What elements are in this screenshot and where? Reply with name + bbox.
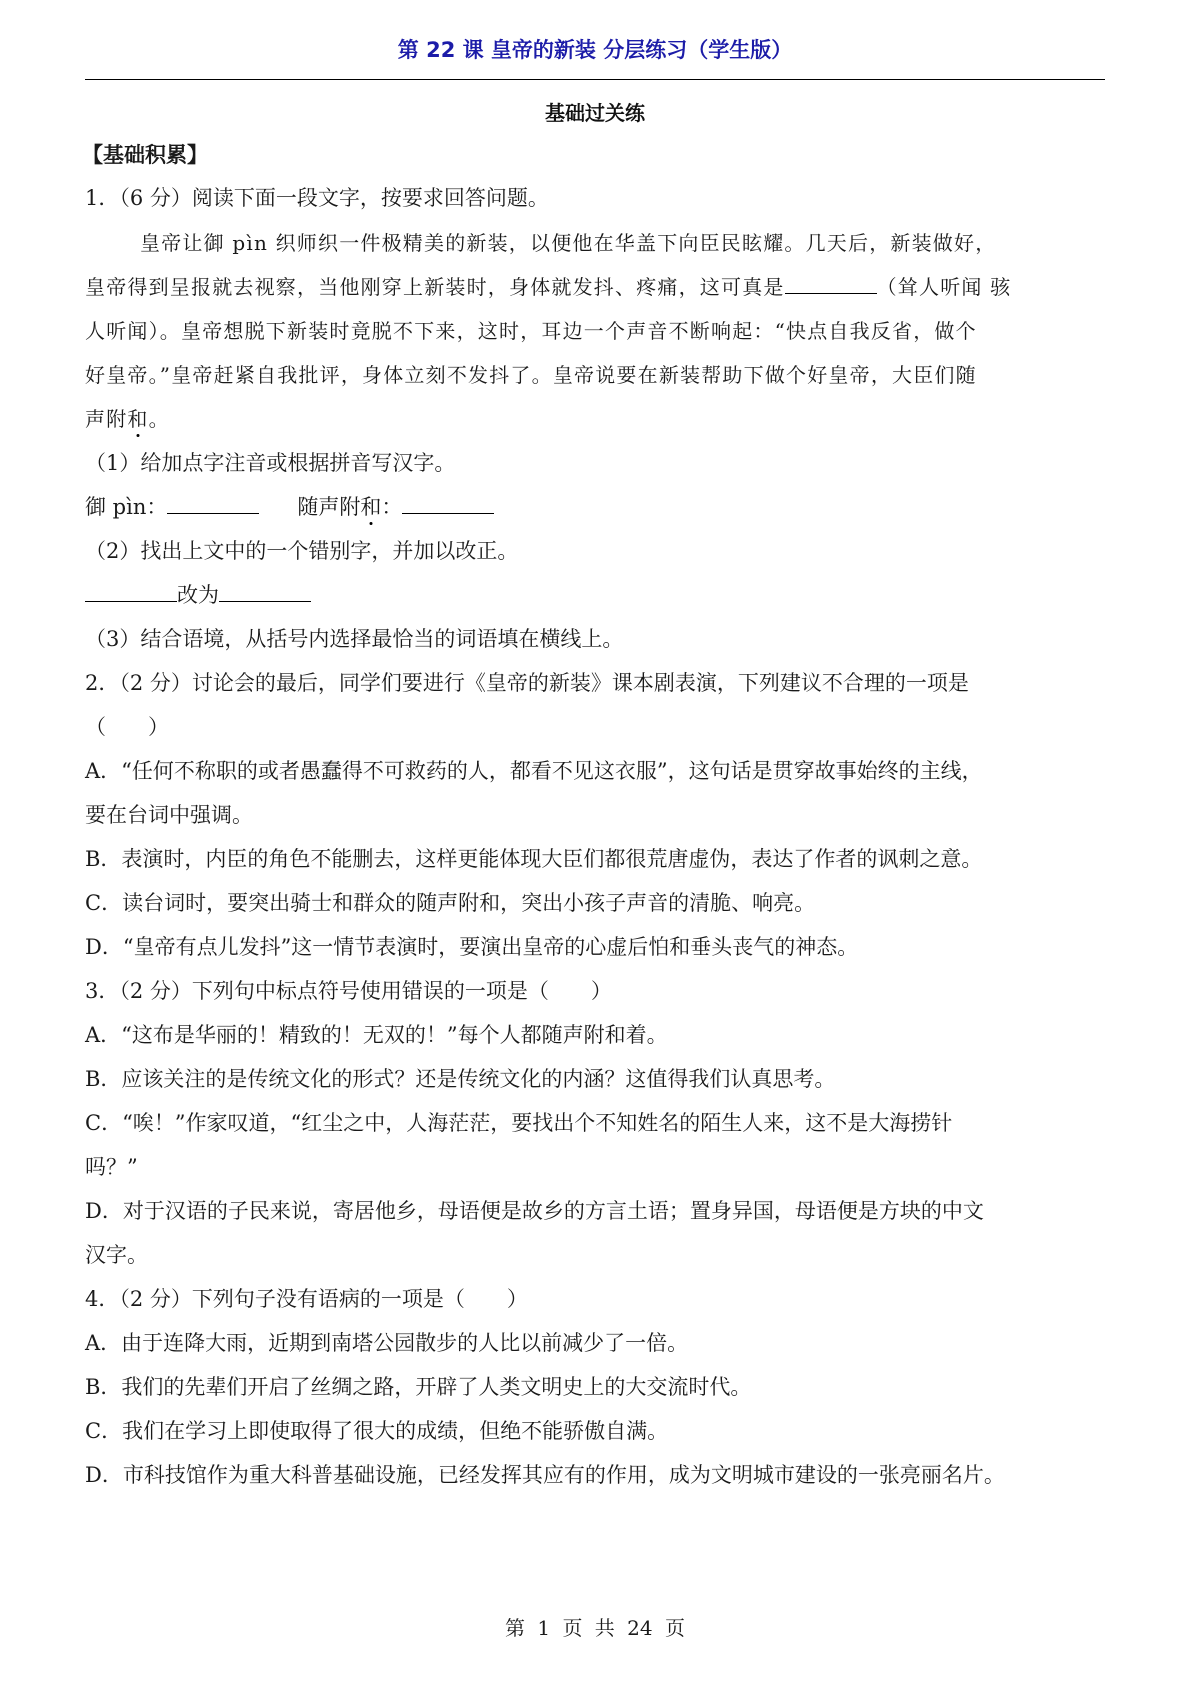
question-4-stem: 4．（2 分）下列句子没有语病的一项是（ ） (85, 1284, 528, 1314)
phrase-colon: ： (381, 495, 402, 519)
q1-sub1-answers: 御 pìn：随声附和： (85, 492, 494, 522)
question-3-stem: 3．（2 分）下列句中标点符号使用错误的一项是（ ） (85, 976, 612, 1006)
correct-char-blank[interactable] (219, 581, 311, 602)
subsection-heading: 【基础积累】 (82, 140, 208, 170)
q2-option-a-line2: 要在台词中强调。 (85, 800, 253, 830)
q1-sub2: （2）找出上文中的一个错别字，并加以改正。 (85, 536, 518, 566)
passage-line-2-options: （耸人听闻 骇 (877, 275, 1012, 299)
wrong-char-blank[interactable] (85, 581, 177, 602)
q2-option-a-line1: A．“任何不称职的或者愚蠢得不可救药的人，都看不见这衣服”，这句话是贯穿故事始终… (85, 756, 983, 786)
q4-option-a: A．由于连降大雨，近期到南塔公园散步的人比以前减少了一倍。 (85, 1328, 688, 1358)
dotted-char: 和 (360, 495, 381, 519)
pinyin-answer-blank[interactable] (167, 493, 259, 514)
q2-option-d: D．“皇帝有点儿发抖”这一情节表演时，要演出皇帝的心虚后怕和垂头丧气的神态。 (85, 932, 858, 962)
passage-line-5: 声附和。 (85, 404, 170, 434)
q3-option-d-line1: D．对于汉语的子民来说，寄居他乡，母语便是故乡的方言土语；置身异国，母语便是方块… (85, 1196, 984, 1226)
phrase-label: 随声附 (297, 495, 360, 519)
change-to-label: 改为 (177, 583, 219, 607)
page-number: 第 1 页 共 24 页 (0, 1612, 1190, 1641)
header-rule (85, 79, 1105, 80)
question-2-stem: 2．（2 分）讨论会的最后，同学们要进行《皇帝的新装》课本剧表演，下列建议不合理… (85, 668, 969, 698)
q2-option-b: B．表演时，内臣的角色不能删去，这样更能体现大臣们都很荒唐虚伪，表达了作者的讽刺… (85, 844, 982, 874)
q4-option-c: C．我们在学习上即使取得了很大的成绩，但绝不能骄傲自满。 (85, 1416, 668, 1446)
pinyin-label: 御 pìn： (85, 495, 167, 519)
q3-option-b: B．应该关注的是传统文化的形式？还是传统文化的内涵？这值得我们认真思考。 (85, 1064, 835, 1094)
passage-line-2: 皇帝得到呈报就去视察，当他刚穿上新装时，身体就发抖、疼痛，这可真是（耸人听闻 骇 (85, 272, 1011, 302)
q3-option-a: A．“这布是华丽的！精致的！无双的！”每个人都随声附和着。 (85, 1020, 668, 1050)
q3-option-d-line2: 汉字。 (85, 1240, 148, 1270)
q1-sub2-answers: 改为 (85, 580, 311, 610)
q3-option-c-line1: C．“唉！”作家叹道，“红尘之中，人海茫茫，要找出个不知姓名的陌生人来，这不是大… (85, 1108, 952, 1138)
passage-line-4: 好皇帝。”皇帝赶紧自我批评，身体立刻不发抖了。皇帝说要在新装帮助下做个好皇帝，大… (85, 360, 977, 390)
passage-line-2-text: 皇帝得到呈报就去视察，当他刚穿上新装时，身体就发抖、疼痛，这可真是 (85, 275, 785, 299)
q4-option-b: B．我们的先辈们开启了丝绸之路，开辟了人类文明史上的大交流时代。 (85, 1372, 751, 1402)
question-1-stem: 1．（6 分）阅读下面一段文字，按要求回答问题。 (85, 183, 549, 213)
q2-option-c: C．读台词时，要突出骑士和群众的随声附和，突出小孩子声音的清脆、响亮。 (85, 888, 815, 918)
q1-sub3: （3）结合语境，从括号内选择最恰当的词语填在横线上。 (85, 624, 623, 654)
q1-sub1: （1）给加点字注音或根据拼音写汉字。 (85, 448, 455, 478)
section-title: 基础过关练 (0, 97, 1190, 126)
passage-line-5-text: 声附 (85, 407, 127, 431)
passage-line-5-end: 。 (149, 407, 170, 431)
answer-blank[interactable] (785, 273, 877, 294)
q3-option-c-line2: 吗？” (85, 1152, 138, 1182)
page-title: 第 22 课 皇帝的新装 分层练习（学生版） (0, 34, 1190, 64)
q4-option-d: D．市科技馆作为重大科普基础设施，已经发挥其应有的作用，成为文明城市建设的一张亮… (85, 1460, 1005, 1490)
question-2-paren: （ ） (85, 712, 169, 742)
passage-line-3: 人听闻）。皇帝想脱下新装时竟脱不下来，这时，耳边一个声音不断响起：“快点自我反省… (85, 316, 977, 346)
passage-line-1: 皇帝让御 pìn 织师织一件极精美的新装，以便他在华盖下向臣民眩耀。几天后，新装… (140, 228, 996, 258)
dotted-char: 和 (127, 407, 148, 431)
phrase-answer-blank[interactable] (402, 493, 494, 514)
